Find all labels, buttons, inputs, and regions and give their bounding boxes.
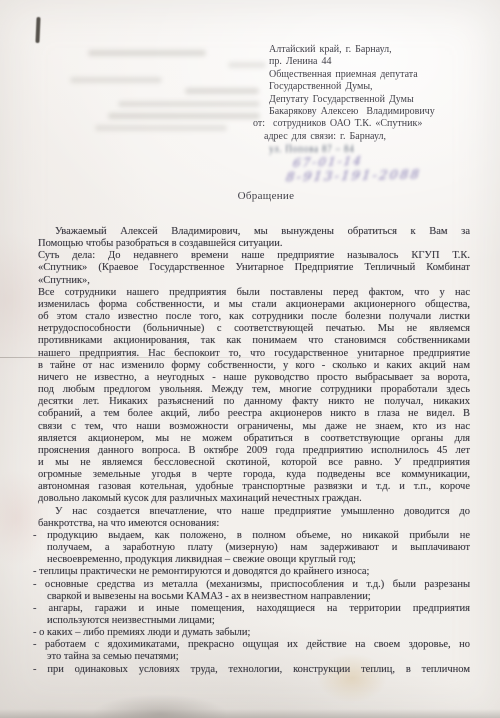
recipient-address-line: Общественная приемная депутата xyxy=(253,69,468,81)
letter-body-line: Помощью чтобы разобраться в создавшейся … xyxy=(38,238,470,250)
recipient-address-line: Алтайский край, г. Барнаул, xyxy=(253,44,468,56)
letter-body-line: изменилась форма собственности, и мы ста… xyxy=(38,299,470,311)
letter-body-line: в тайне от нас изменило форму собственно… xyxy=(38,360,470,372)
letter-body-line: довольно лакомый кусок для различных мах… xyxy=(38,493,470,505)
recipient-address-line: Бакарякову Алексею Владимировичу xyxy=(253,106,468,118)
recipient-address-line: Государственной Думы, xyxy=(253,81,468,93)
letter-body-line: - продукцию выдаем, как положено, в полн… xyxy=(33,530,470,542)
letter-body-line: это тайна за семью печатями; xyxy=(47,651,470,663)
letter-body-line: противниками акционирования, так как пон… xyxy=(38,335,470,347)
letter-body-line: получаем, а заработную плату (мизерную) … xyxy=(47,542,470,554)
letter-body-line: - теплицы практически не ремонтируются и… xyxy=(33,566,470,578)
letter-body-line: - при одинаковых условиях труда, техноло… xyxy=(33,664,470,676)
letter-body-line: - о каких – либо премиях люди и думать з… xyxy=(33,627,470,639)
letter-body-line: и мы не являемся бессловесной скотиной, … xyxy=(38,457,470,469)
bleed-through-mark xyxy=(118,101,260,107)
letter-body-line: об этом стало известно после того, как с… xyxy=(38,311,470,323)
letter-body-line: Все сотрудники нашего предприятия были п… xyxy=(38,287,470,299)
letter-body-line: Суть дела: До недавнего времени наше пре… xyxy=(38,250,470,262)
letter-body-line: Уважаемый Алексей Владимирович, мы вынуж… xyxy=(38,226,470,238)
letter-body-line: под любым предлогом увольняя. Между тем,… xyxy=(38,384,470,396)
letter-body-line: огромные земельные угодья в черте города… xyxy=(38,469,470,481)
letter-body-line: сваркой и вывезены на восьми КАМАЗ - ах … xyxy=(47,591,470,603)
recipient-address-line: адрес для связи: г. Барнаул, xyxy=(253,131,468,143)
letter-body: Уважаемый Алексей Владимирович, мы вынуж… xyxy=(38,226,470,676)
letter-body-line: используются неизвестными лицами; xyxy=(47,615,470,627)
letter-body-line: «Спутник» (Краевое Государственное Унита… xyxy=(38,262,470,274)
letter-body-line: ничего не известно, а неугодных - наше р… xyxy=(38,372,470,384)
letter-body-line: нетрудоспособности (больничные) с соотве… xyxy=(38,323,470,335)
recipient-address-line: от: сотрудников ОАО Т.К. «Спутник» xyxy=(253,118,468,130)
letter-body-line: несвоевременно, продукция ликвидная – св… xyxy=(47,554,470,566)
letter-body-line: собраний, а тем более акций, либо реестр… xyxy=(38,408,470,420)
letter-body-line: прояснения данного вопроса. В октябре 20… xyxy=(38,445,470,457)
bleed-through-mark xyxy=(108,113,260,119)
letter-body-line: десятки лет. Никаких разъяснений по данн… xyxy=(38,396,470,408)
bleed-through-mark xyxy=(88,50,206,56)
recipient-address-line: пр. Ленина 44 xyxy=(253,56,468,68)
letter-body-line: - ангары, гаражи и иные помещения, наход… xyxy=(33,603,470,615)
letter-body-line: - работаем с ядохимикатами, прекрасно ощ… xyxy=(33,639,470,651)
letter-body-line: «Спутник», xyxy=(38,275,470,287)
bleed-through-mark xyxy=(185,88,259,94)
letter-body-line: нашего предприятия. Нас беспокоит то, чт… xyxy=(38,348,470,360)
letter-body-line: автономная газовая котельная, удобные тр… xyxy=(38,481,470,493)
bleed-through-mark xyxy=(95,125,227,131)
letter-body-line: связи с тем, что наши возможности ограни… xyxy=(38,421,470,433)
scanned-letter-page: Алтайский край, г. Барнаул, пр. Ленина 4… xyxy=(0,0,500,718)
letter-body-line: банкротства, на что имеются основания: xyxy=(38,518,470,530)
recipient-address-block: Алтайский край, г. Барнаул, пр. Ленина 4… xyxy=(253,44,468,143)
letter-title: Обращение xyxy=(38,190,472,202)
recipient-address-line: Депутату Государственной Думы xyxy=(253,94,468,106)
staple-mark xyxy=(35,17,40,43)
letter-body-line: У нас создается впечатление, что наше пр… xyxy=(38,506,470,518)
handwritten-phone-number: 67-01-14 xyxy=(292,154,363,171)
handwritten-phone-number: 8-913-191-2088 xyxy=(285,168,422,186)
letter-body-line: - основные средства из металла (механизм… xyxy=(33,579,470,591)
letter-body-line: является акционером, мы не можем обратит… xyxy=(38,433,470,445)
bleed-through-mark xyxy=(70,77,162,83)
